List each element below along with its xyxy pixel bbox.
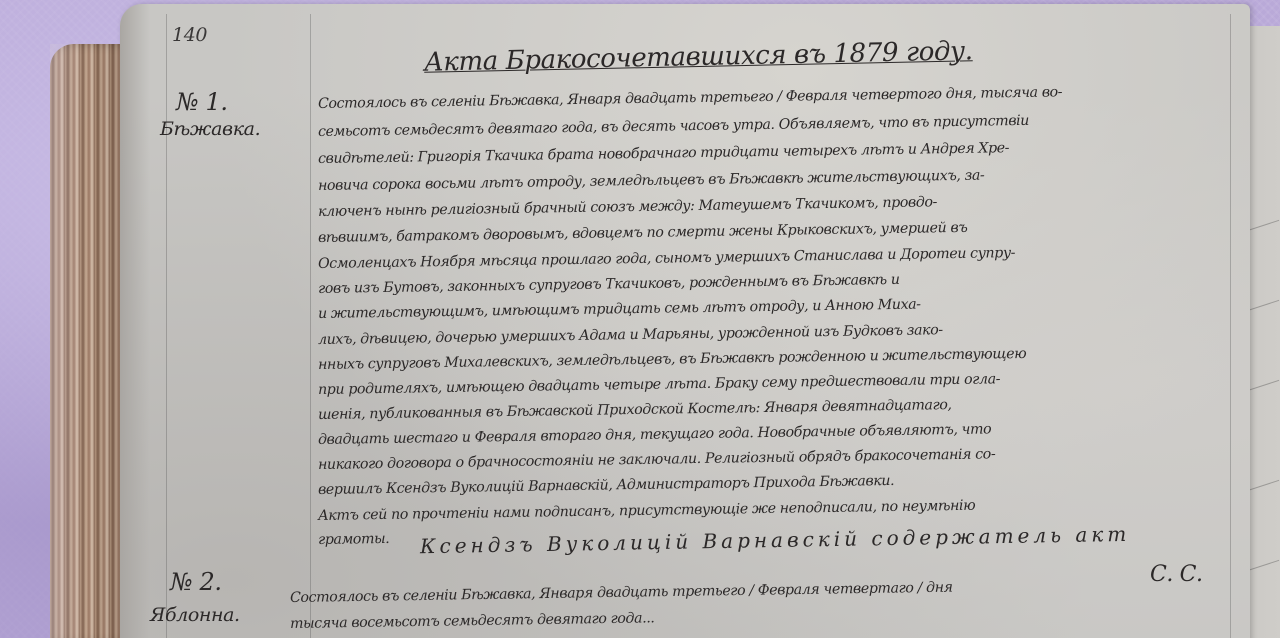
page-number: 140: [172, 24, 207, 46]
margin-rule-left: [166, 14, 167, 638]
margin-rule-right: [1230, 14, 1231, 638]
signature-initials: С. С.: [1150, 562, 1203, 587]
margin-rule-text: [310, 14, 311, 638]
entry-number: № 2.: [170, 568, 222, 596]
entry-place: Бѣжавка.: [160, 118, 260, 140]
entry-number: № 1.: [176, 88, 228, 116]
entry-line: грамоты.: [318, 531, 390, 548]
entry-place: Яблонна.: [150, 604, 240, 626]
